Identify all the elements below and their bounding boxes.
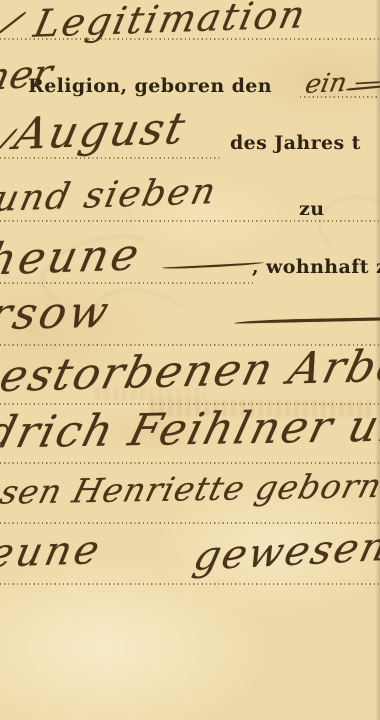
document-scan: Legitimation her Religion, geboren den e…	[0, 0, 380, 720]
handwritten-birth-day: ein —	[303, 68, 380, 98]
handwritten-residence: rsow	[0, 291, 115, 337]
handwritten-status-word: gewesen	[190, 527, 380, 577]
ruled-line	[0, 583, 380, 585]
ink-stroke	[0, 11, 27, 35]
handwritten-father-line: gestorbenen Arbei	[0, 344, 380, 400]
printed-zu-label: zu	[299, 200, 324, 219]
handwritten-heading: Legitimation	[31, 0, 310, 43]
handwritten-mother-name: ssen Henriette geborne C	[0, 468, 380, 509]
ruled-line	[0, 522, 380, 524]
ink-stroke	[162, 262, 264, 270]
ruled-line	[0, 462, 380, 464]
handwritten-birthplace: heune	[0, 233, 145, 282]
handwritten-year-words: und sieben	[0, 174, 220, 218]
printed-wohnhaft-label: , wohnhaft zu	[252, 258, 380, 277]
handwritten-place-fragment: eune	[0, 530, 106, 574]
ink-stroke	[234, 317, 380, 323]
ink-bleedthrough-mark	[315, 191, 380, 255]
printed-religion-label: Religion, geboren den	[28, 77, 272, 96]
handwritten-birth-month: August	[11, 107, 191, 157]
printed-year-label: des Jahres t	[230, 134, 361, 153]
handwritten-father-name: drich Feihlner un	[0, 404, 380, 455]
